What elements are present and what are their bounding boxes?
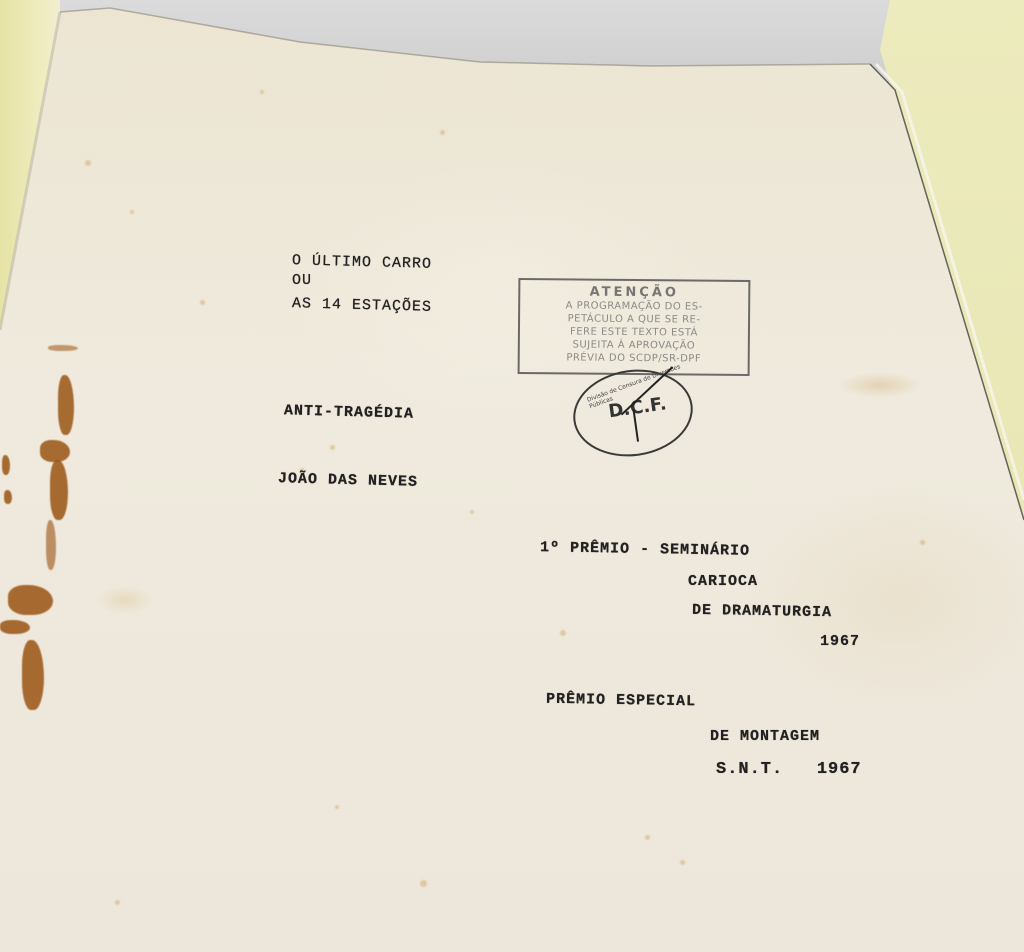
award-1-line-3: DE DRAMATURGIA <box>692 602 832 621</box>
rust-stain <box>2 455 10 475</box>
rust-stain <box>0 620 30 634</box>
rust-stain <box>50 460 68 520</box>
foxing-spot <box>115 900 120 905</box>
foxing-spot <box>260 90 264 94</box>
rust-stain <box>46 520 56 570</box>
foxing-spot <box>470 510 474 514</box>
rust-stain <box>48 345 78 351</box>
foxing-spot <box>330 445 335 450</box>
foxing-spot <box>335 805 339 809</box>
rust-stain <box>4 490 12 504</box>
foxing-spot <box>920 540 925 545</box>
award-1-year: 1967 <box>820 633 860 650</box>
award-1-line-2: CARIOCA <box>688 573 758 590</box>
foxing-spot <box>200 300 205 305</box>
title-line: AS 14 ESTAÇÕES <box>292 295 432 316</box>
award-2-line-1: PRÊMIO ESPECIAL <box>546 691 696 711</box>
foxing-spot <box>560 630 566 636</box>
foxing-spot <box>420 880 427 887</box>
foxing-spot <box>680 860 685 865</box>
rust-stain <box>40 440 70 462</box>
stamp-line: PRÉVIA DO SCDP/SR-DPF <box>520 351 748 366</box>
rust-stain <box>22 640 44 710</box>
censorship-stamp: ATENÇÃO A PROGRAMAÇÃO DO ES- PETÁCULO A … <box>518 278 751 376</box>
foxing-spot <box>130 210 134 214</box>
censor-seal: Divisão de Censura de Diversões Públicas… <box>568 362 699 464</box>
title-line: O ÚLTIMO CARRO <box>292 252 432 273</box>
award-2-line-2: DE MONTAGEM <box>710 728 820 745</box>
foxing-spot <box>440 130 445 135</box>
foxing-spot <box>645 835 650 840</box>
title-line: OU <box>292 272 312 289</box>
genre: ANTI-TRAGÉDIA <box>284 402 414 422</box>
rust-stain <box>8 585 53 615</box>
award-2-line-3: S.N.T. 1967 <box>716 760 862 779</box>
award-1-line-1: 1º PRÊMIO - SEMINÁRIO <box>540 539 750 560</box>
document-page: O ÚLTIMO CARRO OU AS 14 ESTAÇÕES ANTI-TR… <box>0 0 1024 952</box>
rust-stain <box>58 375 74 435</box>
foxing-spot <box>85 160 91 166</box>
author: JOÃO DAS NEVES <box>278 470 418 491</box>
